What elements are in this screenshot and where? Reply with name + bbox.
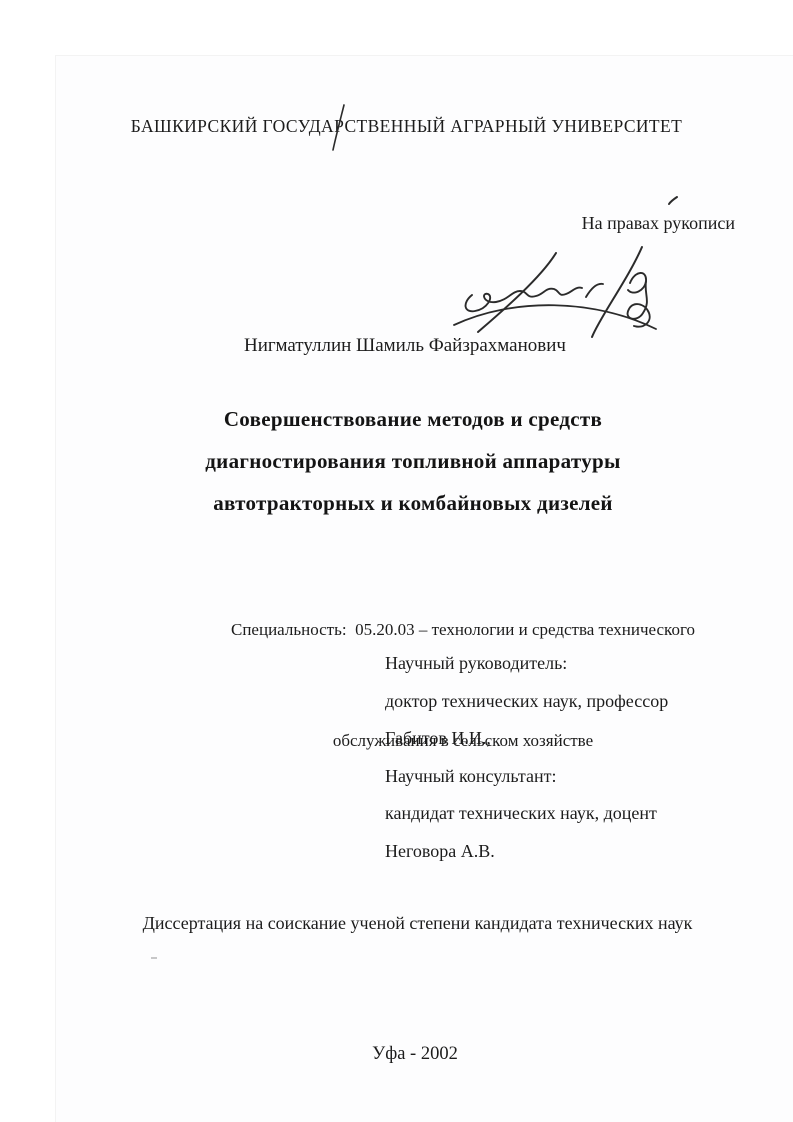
university-header: БАШКИРСКИЙ ГОСУДАРСТВЕННЫЙ АГРАРНЫЙ УНИВ… [20, 116, 793, 137]
consultant-name: Неговора А.В. [385, 833, 668, 871]
supervisor-block: Научный руководитель: доктор технических… [385, 645, 668, 871]
scanned-title-page: БАШКИРСКИЙ ГОСУДАРСТВЕННЫЙ АГРАРНЫЙ УНИВ… [0, 0, 793, 1122]
signature [444, 239, 664, 339]
dissertation-title: Совершенствование методов и средств диаг… [33, 398, 793, 524]
title-line-2: диагностирования топливной аппаратуры [33, 440, 793, 482]
scan-speck [151, 957, 157, 959]
dissertation-type: Диссертация на соискание ученой степени … [42, 913, 793, 934]
author-name: Нигматуллин Шамиль Файзрахманович [17, 335, 793, 357]
title-line-3: автотракторных и комбайновых дизелей [33, 482, 793, 524]
pen-tick-mark [666, 194, 680, 208]
consultant-heading: Научный консультант: [385, 758, 668, 796]
consultant-degree: кандидат технических наук, доцент [385, 795, 668, 833]
title-line-1: Совершенствование методов и средств [33, 398, 793, 440]
supervisor-heading: Научный руководитель: [385, 645, 668, 683]
supervisor-name: Габитов И.И., [385, 720, 668, 758]
pen-slash-mark [330, 103, 348, 153]
supervisor-degree: доктор технических наук, профессор [385, 683, 668, 721]
manuscript-note: На правах рукописи [582, 213, 735, 234]
specialty-line-1: Специальность: 05.20.03 – технологии и с… [133, 611, 793, 648]
city-year: Уфа - 2002 [37, 1044, 793, 1065]
